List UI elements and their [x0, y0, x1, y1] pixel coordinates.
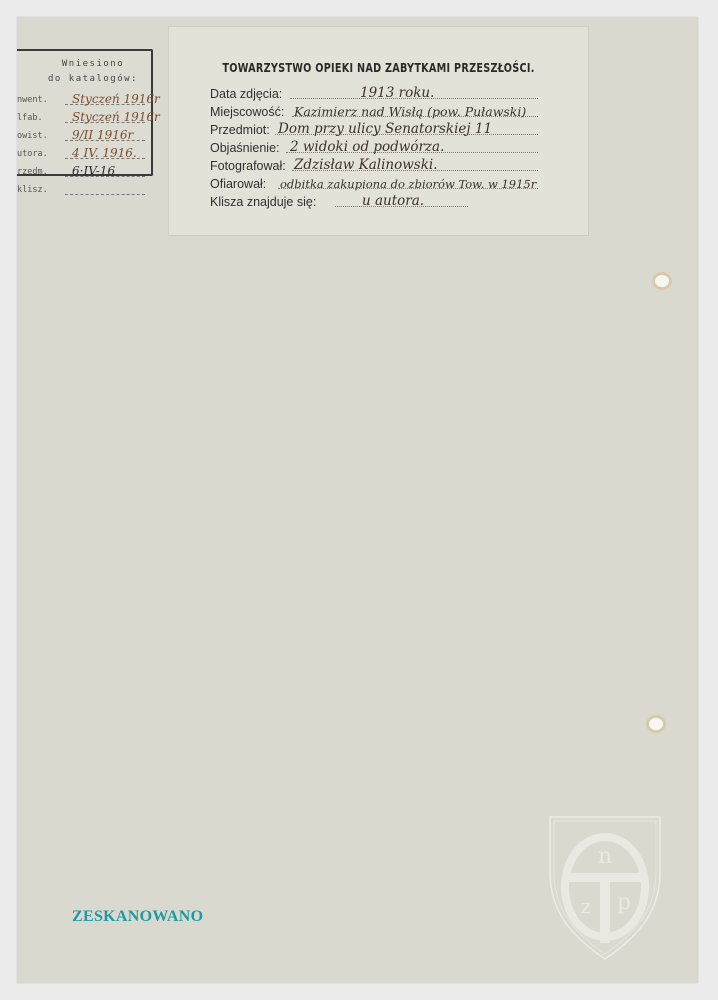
punched-hole [655, 275, 669, 287]
field-subject: Przedmiot: Dom przy ulicy Senatorskiej 1… [210, 121, 578, 137]
stamp-row: lfab. Styczeń 1916r [17, 107, 145, 125]
stamp-title: Wniesiono do katalogów: [17, 57, 151, 87]
punched-hole [649, 718, 663, 730]
field-label: Fotografował: [210, 159, 286, 173]
stamp-title-line1: Wniesiono [35, 57, 151, 72]
svg-text:n: n [598, 844, 612, 869]
stamp-row-label: utora. [17, 149, 48, 159]
society-label: TOWARZYSTWO OPIEKI NAD ZABYTKAMI PRZESZŁ… [168, 26, 589, 236]
stamp-row: owist. 9/II 1916r [17, 125, 145, 143]
field-value: Dom przy ulicy Senatorskiej 11 [278, 121, 492, 137]
field-description: Objaśnienie: 2 widoki od podwórza. [210, 139, 578, 155]
stamp-row-value: 4 IV. 1916. [72, 146, 137, 160]
field-label: Ofiarował: [210, 177, 266, 191]
field-label: Data zdjęcia: [210, 87, 282, 101]
field-date: Data zdjęcia: 1913 roku. [210, 85, 578, 101]
field-value: odbitka zakupiona do zbiorów Tow. w 1915… [280, 177, 536, 191]
field-donor: Ofiarował: odbitka zakupiona do zbiorów … [210, 175, 578, 191]
stamp-title-line2: do katalogów: [35, 72, 151, 87]
field-label: Miejscowość: [210, 105, 284, 119]
svg-text:z: z [581, 894, 592, 918]
field-value: 1913 roku. [360, 85, 434, 101]
field-label: Klisza znajduje się: [210, 195, 316, 209]
svg-text:p: p [617, 890, 631, 915]
stamp-row-value: 6·IV-16 [72, 164, 115, 178]
scanned-stamp: ZESKANOWANO [72, 908, 203, 926]
stamp-row-value: Styczeń 1916r [72, 92, 160, 106]
stamp-row: klisz. [17, 179, 145, 197]
archival-card: Wniesiono do katalogów: nwent. Styczeń 1… [17, 17, 698, 983]
stamp-row: nwent. Styczeń 1916r [17, 89, 145, 107]
label-title: TOWARZYSTWO OPIEKI NAD ZABYTKAMI PRZESZŁ… [198, 60, 558, 75]
field-label: Objaśnienie: [210, 141, 280, 155]
stamp-row-line [65, 194, 145, 195]
field-value: u autora. [362, 193, 424, 209]
stamp-row-label: nwent. [17, 95, 48, 105]
field-place: Miejscowość: Kazimierz nad Wisłą (pow. P… [210, 103, 578, 119]
field-negative-location: Klisza znajduje się: u autora. [210, 193, 578, 209]
stamp-row-label: owist. [17, 131, 48, 141]
stamp-row-value: Styczeń 1916r [72, 110, 160, 124]
field-value: Kazimierz nad Wisłą (pow. Puławski) [294, 104, 526, 119]
tonz-shield-monogram-icon: n z p [546, 813, 664, 963]
stamp-row-label: klisz. [17, 185, 48, 195]
stamp-row: rzedm. 6·IV-16 [17, 161, 145, 179]
field-photographer: Fotografował: Zdzisław Kalinowski. [210, 157, 578, 173]
catalogue-stamp: Wniesiono do katalogów: nwent. Styczeń 1… [17, 49, 153, 176]
field-value: Zdzisław Kalinowski. [294, 157, 438, 173]
stamp-row: utora. 4 IV. 1916. [17, 143, 145, 161]
field-label: Przedmiot: [210, 123, 270, 137]
stamp-row-label: rzedm. [17, 167, 48, 177]
stamp-row-label: lfab. [17, 113, 43, 123]
field-value: 2 widoki od podwórza. [290, 139, 444, 155]
stamp-row-value: 9/II 1916r [72, 128, 133, 142]
